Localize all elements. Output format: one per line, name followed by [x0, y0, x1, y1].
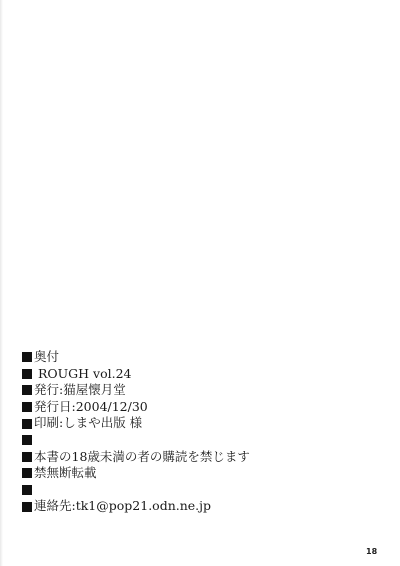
square-bullet-icon [22, 369, 32, 379]
square-bullet-icon [22, 419, 32, 429]
colophon-heading: 奥付 [22, 349, 250, 366]
square-bullet-icon [22, 352, 32, 362]
colophon-title: ROUGH vol.24 [22, 366, 250, 383]
square-bullet-icon [22, 435, 32, 445]
colophon-contact: 連絡先:tk1@pop21.odn.ne.jp [22, 498, 250, 515]
square-bullet-icon [22, 485, 32, 495]
colophon-age-notice: 本書の18歳未満の者の購読を禁じます [22, 449, 250, 466]
colophon-copyright: 禁無断転載 [22, 465, 250, 482]
square-bullet-icon [22, 468, 32, 478]
square-bullet-icon [22, 402, 32, 412]
colophon: 奥付 ROUGH vol.24 発行:猫屋懐月堂 発行日:2004/12/30 … [22, 349, 250, 515]
page-number: 18 [366, 547, 377, 556]
colophon-date: 発行日:2004/12/30 [22, 399, 250, 416]
page-edge [0, 0, 3, 566]
square-bullet-icon [22, 385, 32, 395]
square-bullet-icon [22, 452, 32, 462]
colophon-blank [22, 482, 250, 499]
colophon-publisher: 発行:猫屋懐月堂 [22, 382, 250, 399]
colophon-printer: 印刷:しまや出版 様 [22, 415, 250, 432]
colophon-blank [22, 432, 250, 449]
square-bullet-icon [22, 502, 32, 512]
